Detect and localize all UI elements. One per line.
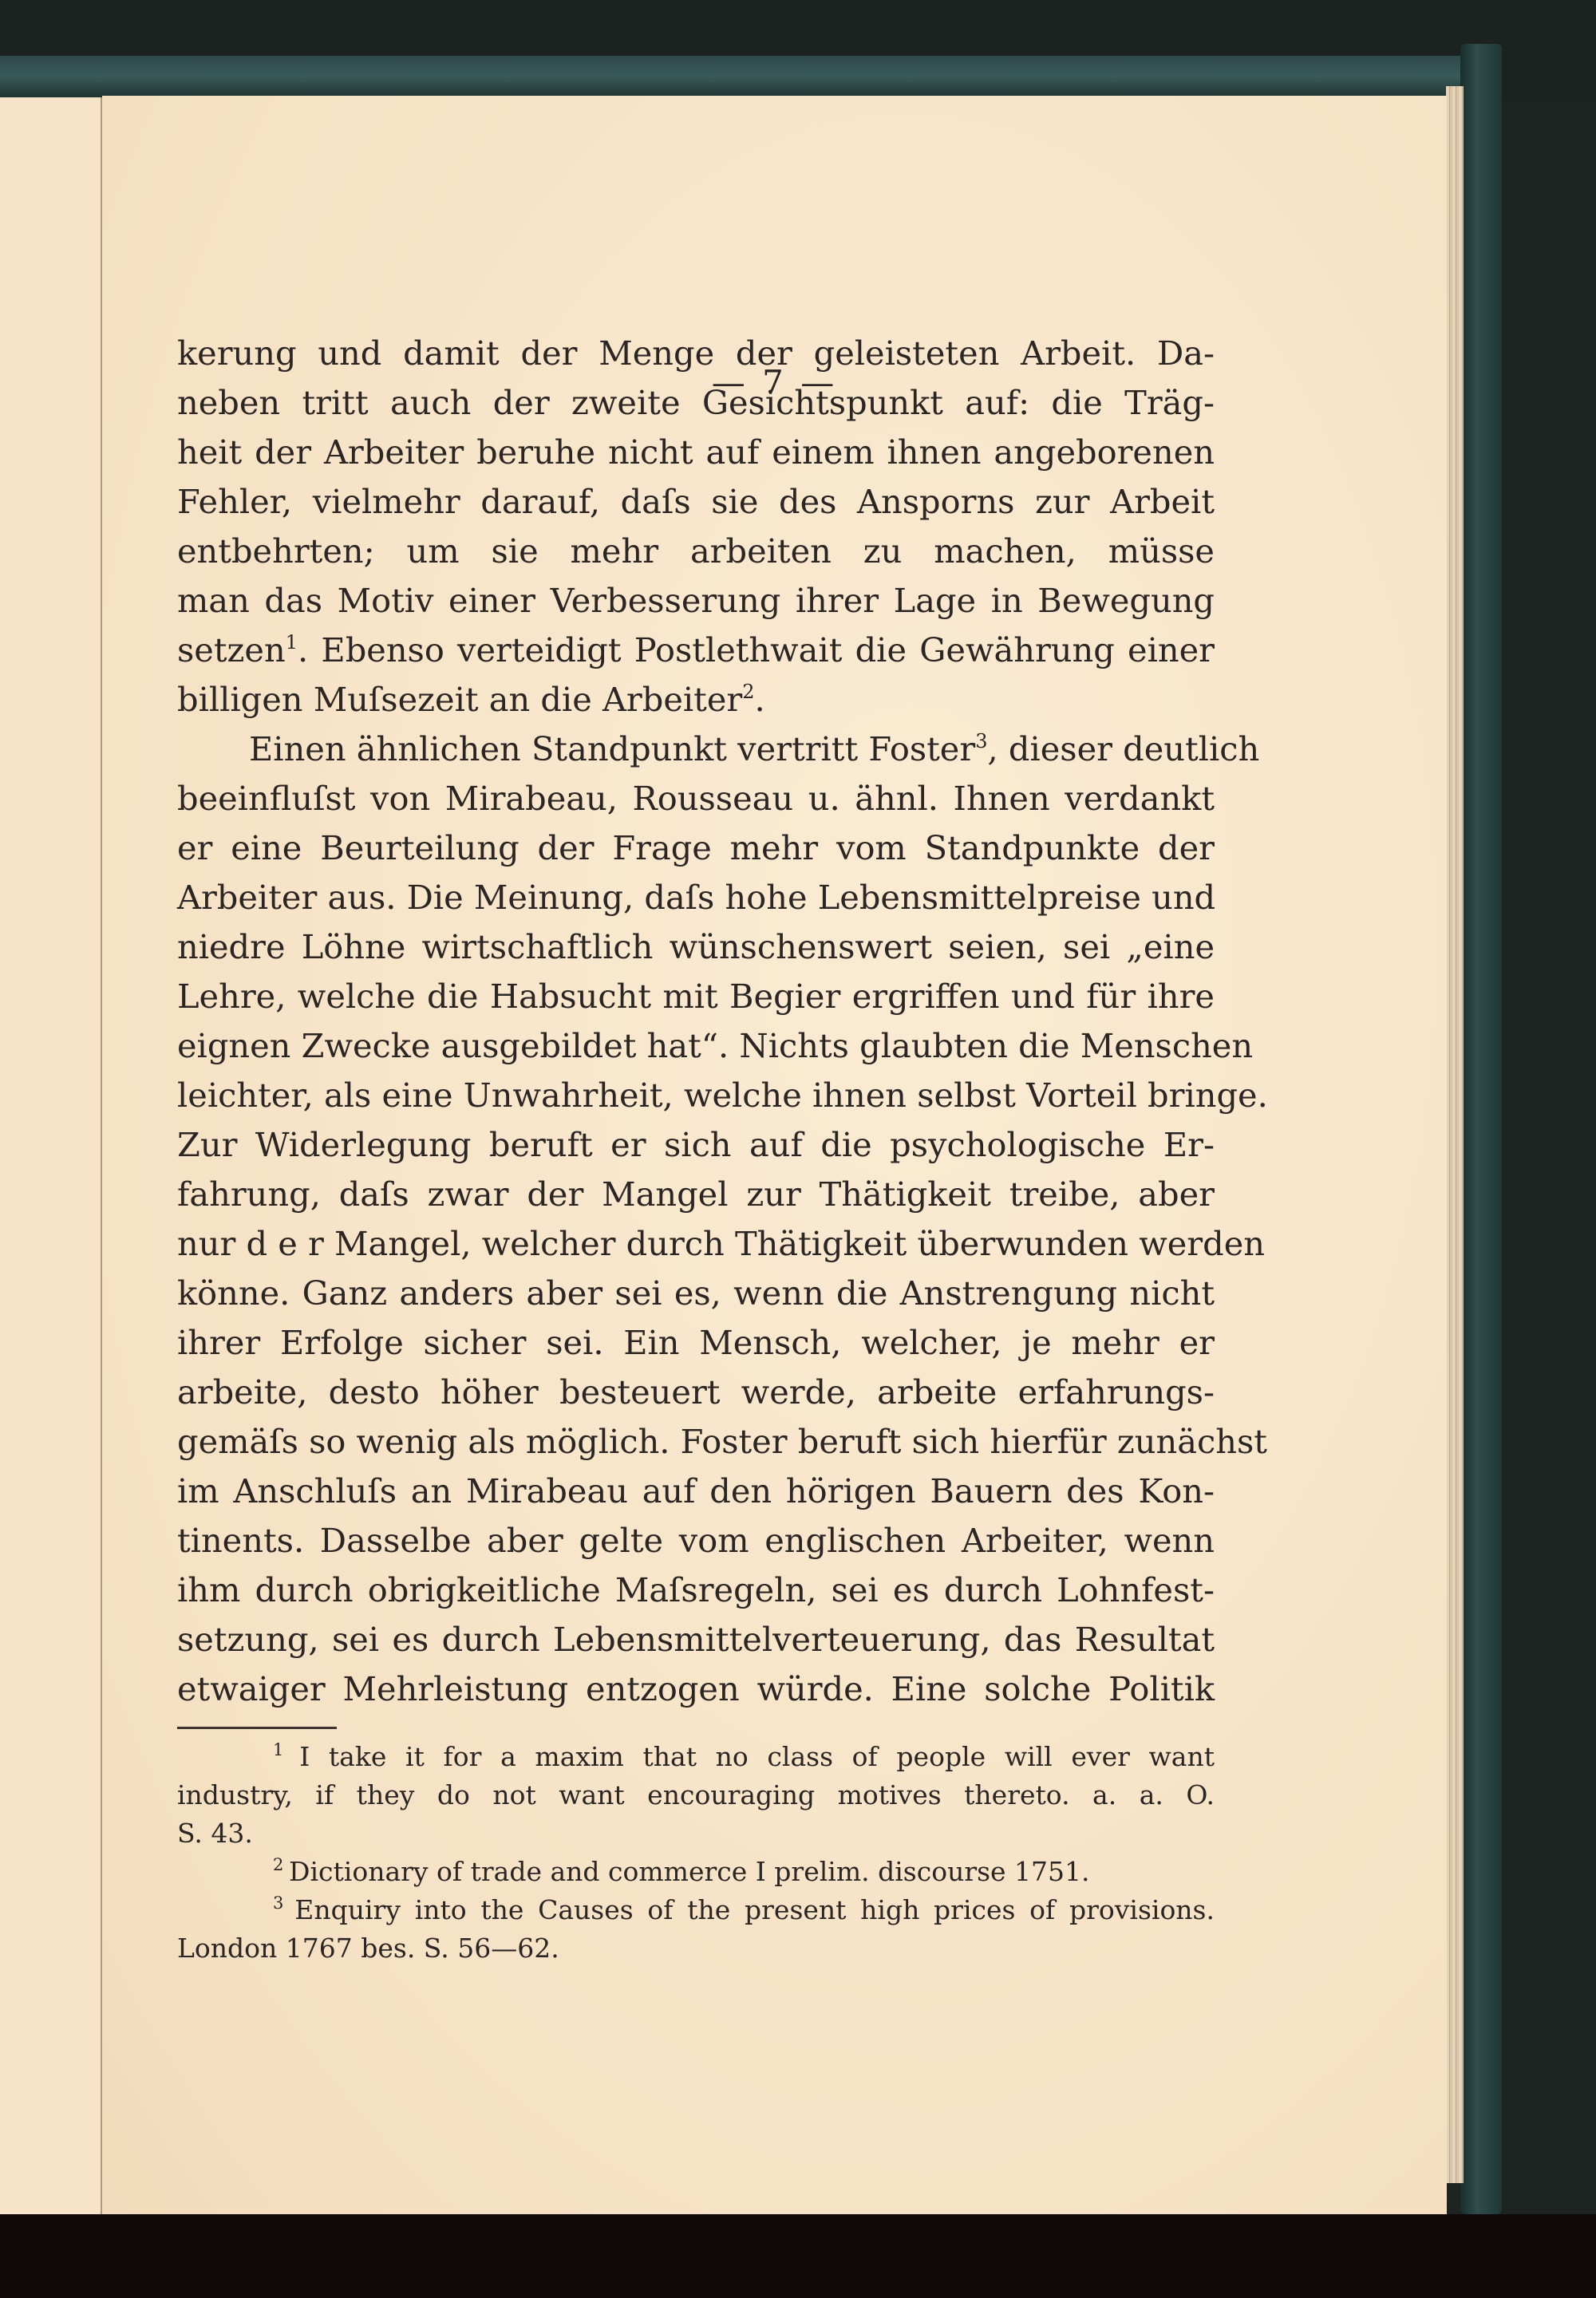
text-line: Zur Widerlegung beruft er sich auf die p… [177,1120,1215,1170]
text-line: arbeite, desto höher besteuert werde, ar… [177,1368,1215,1417]
text-line: eignen Zwecke ausgebildet hat“. Nichts g… [177,1021,1215,1071]
text-line: neben tritt auch der zweite Gesichtspunk… [177,378,1215,428]
text-line: tinents. Dasselbe aber gelte vom englisc… [177,1516,1215,1566]
text-line: niedre Löhne wirtschaftlich wünschenswer… [177,922,1215,972]
text-line: beeinfluſst von Mirabeau, Rousseau u. äh… [177,774,1215,823]
text-line: Einen ähnlichen Standpunkt vertritt Fost… [177,725,1215,774]
text-line: kerung und damit der Menge der geleistet… [177,329,1215,378]
footnote-line: industry, if they do not want encouragin… [177,1776,1215,1814]
text-line: entbehrten; um sie mehr arbeiten zu mach… [177,527,1215,576]
text-line: gemäſs so wenig als möglich. Foster beru… [177,1417,1215,1467]
footnote-line: S. 43. [177,1814,1215,1853]
text-line: fahrung, daſs zwar der Mangel zur Thätig… [177,1170,1215,1219]
text-line: ihrer Erfolge sicher sei. Ein Mensch, we… [177,1318,1215,1368]
text-line: leichter, als eine Unwahrheit, welche ih… [177,1071,1215,1120]
footnote-line: 3 Enquiry into the Causes of the present… [177,1891,1215,1929]
footnote-number: 2 [273,1855,289,1874]
footnote-line: London 1767 bes. S. 56—62. [177,1929,1215,1968]
footnote-marker: 1 [286,631,298,653]
text-line: man das Motiv einer Verbesserung ihrer L… [177,576,1215,626]
footnote-marker: 2 [742,681,754,703]
text-line: etwaiger Mehrleistung entzogen würde. Ei… [177,1664,1215,1714]
footnote-marker: 3 [975,730,987,752]
text-line: nur d e r Mangel, welcher durch Thätigke… [177,1219,1215,1269]
text-line: er eine Beurteilung der Frage mehr vom S… [177,823,1215,873]
text-line: könne. Ganz anders aber sei es, wenn die… [177,1269,1215,1318]
footnote-number: 3 [273,1893,294,1913]
left-page-edge [0,97,102,2214]
text-line: ihm durch obrigkeitliche Maſsregeln, sei… [177,1566,1215,1615]
book-binding-right [1460,44,1502,2214]
text-line: Fehler, vielmehr darauf, daſs sie des An… [177,477,1215,527]
footnote-line: 2 Dictionary of trade and commerce I pre… [177,1853,1215,1891]
text-line: Arbeiter aus. Die Meinung, daſs hohe Leb… [177,873,1215,922]
footnotes: 1 I take it for a maxim that no class of… [177,1738,1215,1968]
text-line: Lehre, welche die Habsucht mit Begier er… [177,972,1215,1021]
book-cover-edge-band [0,56,1460,97]
book-cover-bottom [0,2214,1596,2298]
text-line: setzen1. Ebenso verteidigt Postlethwait … [177,626,1215,675]
text-line: im Anschluſs an Mirabeau auf den hörigen… [177,1467,1215,1516]
footnote-separator [177,1727,337,1729]
text-line: setzung, sei es durch Lebensmittelverteu… [177,1615,1215,1664]
footnote-number: 1 [273,1740,299,1759]
text-line: billigen Muſsezeit an die Arbeiter2. [177,675,1215,725]
footnote-line: 1 I take it for a maxim that no class of… [177,1738,1215,1776]
text-line: heit der Arbeiter beruhe nicht auf einem… [177,428,1215,477]
body-text: kerung und damit der Menge der geleistet… [177,329,1215,1714]
page-stack-edges [1446,86,1464,2183]
